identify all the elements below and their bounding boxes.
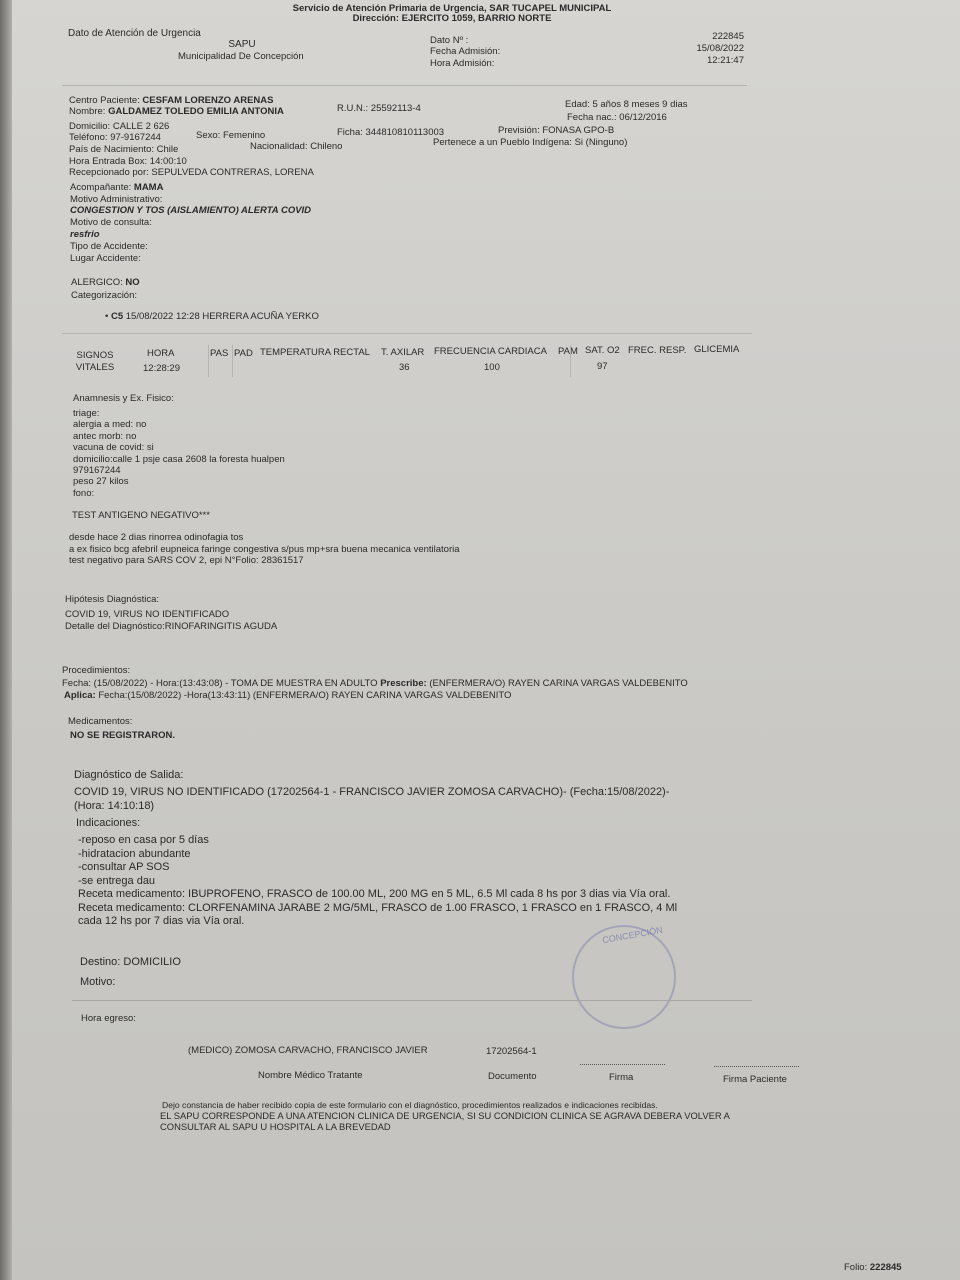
vitals-col-glicemia: GLICEMIA bbox=[694, 344, 739, 355]
patient-address: Domicilio: CALLE 2 626 bbox=[69, 121, 169, 132]
documento-label: Documento bbox=[488, 1071, 537, 1082]
tipo-accidente-label: Tipo de Accidente: bbox=[70, 241, 148, 252]
vitals-label-1: SIGNOS bbox=[70, 350, 120, 361]
lugar-accidente-label: Lugar Accidente: bbox=[70, 253, 141, 264]
anamnesis-line: domicilio:calle 1 psje casa 2608 la fore… bbox=[73, 454, 285, 465]
vitals-col-pas: PAS bbox=[210, 348, 228, 359]
anamnesis-note: test negativo para SARS COV 2, epi N°Fol… bbox=[69, 555, 304, 566]
hipotesis-detalle: Detalle del Diagnóstico:RINOFARINGITIS A… bbox=[65, 621, 277, 632]
vitals-col-t-axilar: T. AXILAR bbox=[381, 347, 424, 358]
indicaciones-title: Indicaciones: bbox=[76, 817, 140, 829]
hipotesis-value: COVID 19, VIRUS NO IDENTIFICADO bbox=[65, 609, 229, 620]
anamnesis-line: peso 27 kilos bbox=[73, 476, 128, 487]
vitals-hora-value: 12:28:29 bbox=[143, 363, 180, 374]
divider bbox=[62, 333, 752, 334]
motivo-consulta-value: resfrio bbox=[70, 229, 100, 240]
fecha-admision-value: 15/08/2022 bbox=[696, 43, 744, 54]
destino: Destino: DOMICILIO bbox=[80, 956, 181, 968]
acompanante: Acompañante: MAMA bbox=[70, 182, 163, 193]
firma-paciente-label: Firma Paciente bbox=[723, 1074, 787, 1085]
vitals-col-divider bbox=[570, 345, 571, 377]
procedimientos-title: Procedimientos: bbox=[62, 665, 130, 676]
salida-title: Diagnóstico de Salida: bbox=[74, 769, 183, 781]
centro-paciente: Centro Paciente: CESFAM LORENZO ARENAS bbox=[69, 95, 273, 106]
patient-name: Nombre: GALDAMEZ TOLEDO EMILIA ANTONIA bbox=[69, 106, 284, 117]
vitals-col-pam: PAM bbox=[558, 346, 578, 357]
anamnesis-line: vacuna de covid: si bbox=[73, 442, 154, 453]
salida-line1: COVID 19, VIRUS NO IDENTIFICADO (1720256… bbox=[74, 786, 669, 798]
indicacion-item: -consultar AP SOS bbox=[78, 861, 170, 873]
patient-indigenous: Pertenece a un Pueblo Indígena: Si (Ning… bbox=[433, 137, 627, 148]
vitals-col-hora: HORA bbox=[147, 348, 174, 359]
nombre-medico-label: Nombre Médico Tratante bbox=[258, 1070, 363, 1081]
indicacion-item: Receta medicamento: CLORFENAMINA JARABE … bbox=[78, 902, 677, 914]
dato-label: Dato Nº : bbox=[430, 35, 468, 46]
org-municipality: Municipalidad De Concepción bbox=[178, 51, 304, 62]
disclaimer-line1: Dejo constancia de haber recibido copia … bbox=[162, 1100, 658, 1110]
document-page: Servicio de Atención Primaria de Urgenci… bbox=[12, 0, 960, 1280]
vitals-col-frec-cardiaca: FRECUENCIA CARDIACA bbox=[434, 346, 547, 357]
patient-nationality: Nacionalidad: Chileno bbox=[250, 141, 342, 152]
disclaimer-line2: EL SAPU CORRESPONDE A UNA ATENCION CLINI… bbox=[160, 1110, 730, 1121]
anamnesis-line: fono: bbox=[73, 488, 94, 499]
hora-admision-value: 12:21:47 bbox=[707, 55, 744, 66]
disclaimer-line3: CONSULTAR AL SAPU U HOSPITAL A LA BREVED… bbox=[160, 1121, 391, 1132]
hora-egreso-label: Hora egreso: bbox=[81, 1013, 136, 1024]
medico-doc: 17202564-1 bbox=[486, 1046, 537, 1057]
vitals-t-axilar-value: 36 bbox=[399, 362, 410, 373]
folio: Folio: 222845 bbox=[844, 1262, 902, 1273]
indicacion-item: -reposo en casa por 5 días bbox=[78, 834, 209, 846]
hipotesis-title: Hipótesis Diagnóstica: bbox=[65, 594, 159, 605]
indicacion-item: -hidratacion abundante bbox=[78, 848, 191, 860]
anamnesis-line: alergia a med: no bbox=[73, 419, 146, 430]
org-name: SAPU bbox=[162, 39, 322, 50]
vitals-sat-o2-value: 97 bbox=[597, 361, 608, 372]
destino-motivo: Motivo: bbox=[80, 976, 115, 988]
patient-run: R.U.N.: 25592113-4 bbox=[337, 103, 421, 114]
vitals-col-pad: PAD bbox=[234, 348, 253, 359]
indicacion-item: cada 12 hs por 7 dias via Vía oral. bbox=[78, 915, 244, 927]
patient-ficha: Ficha: 344810810113003 bbox=[337, 127, 444, 138]
vitals-col-sat-o2: SAT. O2 bbox=[585, 345, 620, 356]
section-label: Dato de Atención de Urgencia bbox=[68, 28, 201, 39]
vitals-frec-cardiaca-value: 100 bbox=[484, 362, 500, 373]
patient-birthdate: Fecha nac.: 06/12/2016 bbox=[567, 112, 667, 123]
divider bbox=[72, 1000, 752, 1001]
test-antigeno: TEST ANTIGENO NEGATIVO*** bbox=[72, 510, 210, 521]
motivo-admin-value: CONGESTION Y TOS (AISLAMIENTO) ALERTA CO… bbox=[70, 205, 311, 216]
motivo-admin-label: Motivo Administrativo: bbox=[70, 194, 162, 205]
procedimiento-line: Fecha: (15/08/2022) - Hora:(13:43:08) - … bbox=[62, 678, 688, 689]
patient-country: País de Nacimiento: Chile bbox=[69, 144, 178, 155]
patient-age: Edad: 5 años 8 meses 9 dias bbox=[565, 99, 688, 110]
hora-admision-label: Hora Admisión: bbox=[430, 58, 494, 69]
medicamentos-title: Medicamentos: bbox=[68, 716, 132, 727]
categorizacion-label: Categorización: bbox=[71, 290, 137, 301]
procedimiento-aplica: Aplica: Fecha:(15/08/2022) -Hora(13:43:1… bbox=[64, 690, 511, 701]
patient-prevision: Previsión: FONASA GPO-B bbox=[498, 125, 614, 136]
firma-line bbox=[580, 1064, 665, 1065]
vitals-label-2: VITALES bbox=[70, 362, 120, 373]
anamnesis-title: Anamnesis y Ex. Fisico: bbox=[73, 393, 174, 404]
firma-label: Firma bbox=[609, 1072, 633, 1083]
vitals-col-frec-resp: FREC. RESP. bbox=[628, 345, 686, 356]
alergico: ALERGICO: NO bbox=[71, 277, 140, 288]
anamnesis-note: desde hace 2 dias rinorrea odinofagia to… bbox=[69, 532, 243, 543]
vitals-col-divider bbox=[208, 345, 209, 377]
patient-sex: Sexo: Femenino bbox=[196, 130, 265, 141]
dato-value: 222845 bbox=[712, 31, 744, 42]
divider bbox=[62, 85, 747, 86]
salida-line2: (Hora: 14:10:18) bbox=[74, 800, 154, 812]
indicacion-item: -se entrega dau bbox=[78, 875, 155, 887]
medico-name: (MEDICO) ZOMOSA CARVACHO, FRANCISCO JAVI… bbox=[188, 1045, 428, 1056]
anamnesis-line: triage: bbox=[73, 408, 99, 419]
firma-paciente-line bbox=[714, 1066, 799, 1067]
fecha-admision-label: Fecha Admisión: bbox=[430, 46, 500, 57]
patient-phone: Teléfono: 97-9167244 bbox=[69, 132, 161, 143]
vitals-col-divider bbox=[232, 345, 233, 377]
recepcionado-por: Recepcionado por: SEPULVEDA CONTRERAS, L… bbox=[69, 167, 314, 178]
anamnesis-line: 979167244 bbox=[73, 465, 121, 476]
anamnesis-line: antec morb: no bbox=[73, 431, 136, 442]
motivo-consulta-label: Motivo de consulta: bbox=[70, 217, 152, 228]
document-address: Dirección: EJERCITO 1059, BARRIO NORTE bbox=[162, 13, 742, 24]
medicamentos-value: NO SE REGISTRARON. bbox=[70, 730, 175, 741]
vitals-col-temp-rectal: TEMPERATURA RECTAL bbox=[260, 347, 370, 358]
categorizacion-item: • C5 15/08/2022 12:28 HERRERA ACUÑA YERK… bbox=[105, 311, 319, 322]
indicacion-item: Receta medicamento: IBUPROFENO, FRASCO d… bbox=[78, 888, 670, 900]
anamnesis-note: a ex fisico bcg afebril eupneica faringe… bbox=[69, 544, 460, 555]
hora-entrada-box: Hora Entrada Box: 14:00:10 bbox=[69, 156, 187, 167]
